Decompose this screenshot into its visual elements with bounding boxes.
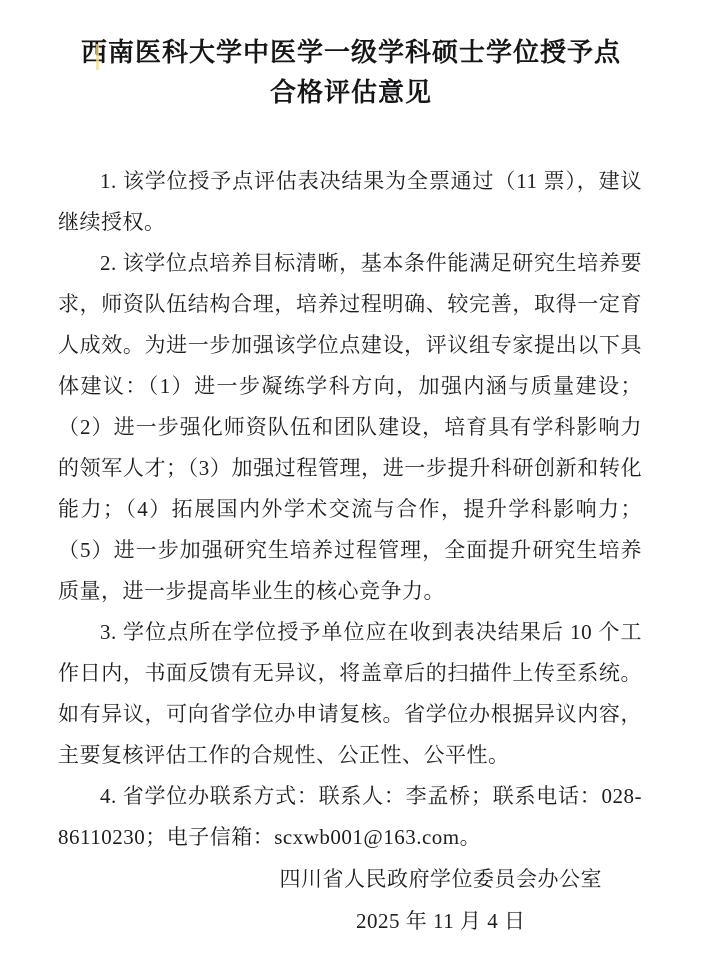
paragraph-evaluation-suggestions: 2. 该学位点培养目标清晰，基本条件能满足研究生培养要求，师资队伍结构合理，培养… [58,243,642,612]
document-title: 西南医科大学中医学一级学科硕士学位授予点 合格评估意见 [0,0,702,113]
document-body: 1. 该学位授予点评估表决结果为全票通过（11 票），建议继续授权。 2. 该学… [58,161,642,858]
paragraph-feedback-procedure: 3. 学位点所在学位授予单位应在收到表决结果后 10 个工作日内，书面反馈有无异… [58,612,642,776]
paragraph-contact-info: 4. 省学位办联系方式：联系人：李孟桥；联系电话：028-86110230；电子… [58,776,642,858]
document-title-line-2: 合格评估意见 [0,73,702,113]
document-page: 西南医科大学中医学一级学科硕士学位授予点 合格评估意见 1. 该学位授予点评估表… [0,0,702,962]
paragraph-voting-result: 1. 该学位授予点评估表决结果为全票通过（11 票），建议继续授权。 [58,161,642,243]
signature-organization: 四川省人民政府学位委员会办公室 [280,858,603,900]
signature-date: 2025 年 11 月 4 日 [280,900,603,942]
signature-block: 四川省人民政府学位委员会办公室 2025 年 11 月 4 日 [280,858,603,942]
document-title-line-1: 西南医科大学中医学一级学科硕士学位授予点 [0,33,702,73]
